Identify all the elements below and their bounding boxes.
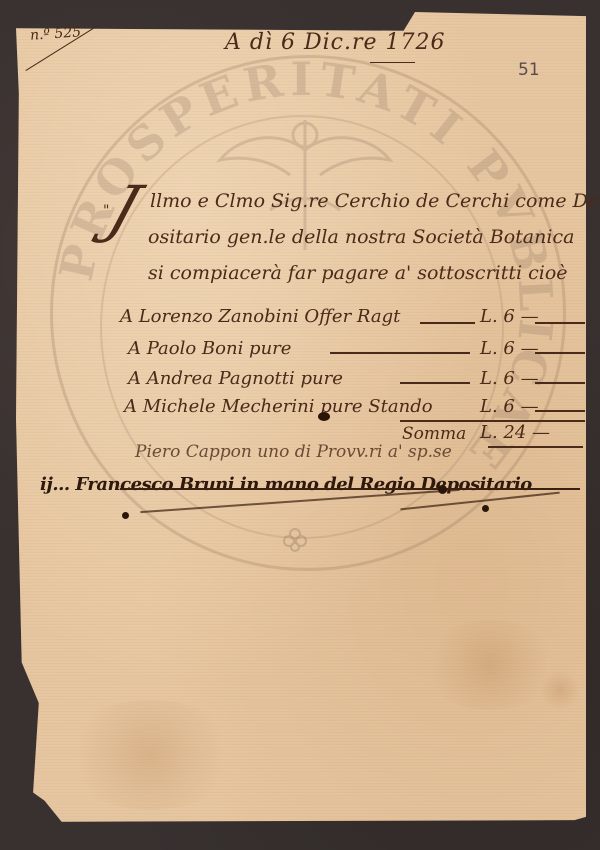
payee-entry-amount: L. 6 — [480, 396, 539, 417]
date-line: A dì 6 Dic.re 1726 [225, 30, 446, 55]
paper-stain [60, 700, 240, 810]
payee-entry-amount: L. 6 — [480, 306, 539, 327]
ink-blot [318, 412, 330, 421]
ink-blot [122, 512, 129, 519]
payee-entry-name: A Paolo Boni pure [128, 338, 291, 359]
struck-through-line: ij... Francesco Bruni in mano del Regio … [40, 474, 532, 495]
ledger-rule [535, 352, 585, 354]
ledger-rule [535, 382, 585, 384]
ledger-rule [400, 382, 470, 384]
total-rule [488, 446, 583, 448]
ink-blot [438, 485, 447, 494]
paper-stain [420, 620, 560, 710]
body-line-3: si compiacerà far pagare a' sottoscritti… [148, 262, 568, 284]
total-value: L. 24 — [480, 422, 550, 443]
ledger-rule [420, 322, 475, 324]
watermark-rosette-icon [280, 525, 310, 555]
ledger-rule [535, 410, 585, 412]
ink-blot [482, 505, 489, 512]
strike-through-stroke [120, 488, 580, 490]
body-line-2: ositario gen.le della nostra Società Bot… [148, 226, 574, 248]
payee-entry-name: A Lorenzo Zanobini Offer Ragt [120, 306, 400, 327]
ledger-rule [535, 322, 585, 324]
body-line-1: llmo e Clmo Sig.re Cerchio de Cerchi com… [150, 190, 600, 212]
signature: Piero Cappon uno di Provv.ri a' sp.se [135, 442, 452, 462]
payee-entry-name: A Michele Mecherini pure Stando [124, 396, 433, 417]
payee-entry-amount: L. 6 — [480, 338, 539, 359]
payee-entry-amount: L. 6 — [480, 368, 539, 389]
folio-number: 51 [518, 60, 540, 80]
paper-stain [540, 670, 580, 710]
payee-entry-name: A Andrea Pagnotti pure [128, 368, 343, 389]
ledger-rule [330, 352, 470, 354]
total-label: Somma [402, 424, 466, 444]
date-underline [370, 62, 415, 63]
